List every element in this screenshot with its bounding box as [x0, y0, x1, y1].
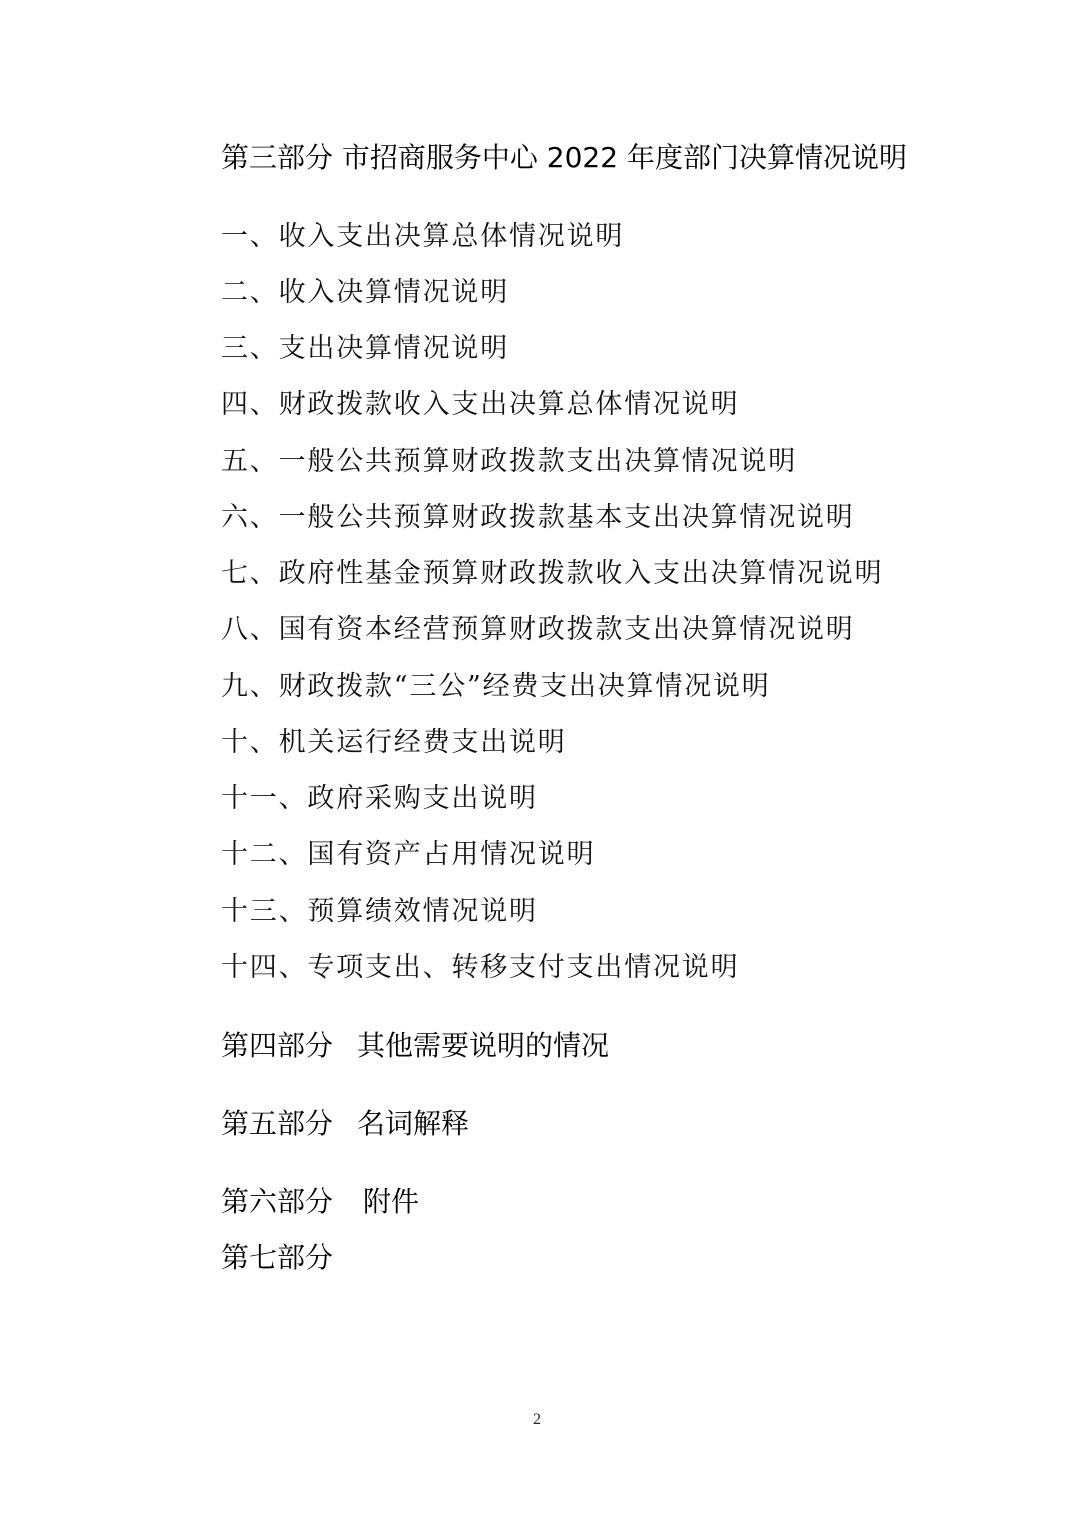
- part-label: 第七部分: [221, 1241, 333, 1274]
- toc-item: 七、政府性基金预算财政拨款收入支出决算情况说明: [221, 554, 883, 594]
- part-label: 第五部分: [221, 1107, 333, 1140]
- part-heading-6: 第六部分附件: [221, 1182, 419, 1222]
- part-heading-7: 第七部分: [221, 1238, 333, 1278]
- toc-item: 十二、国有资产占用情况说明: [221, 835, 595, 875]
- toc-item: 二、收入决算情况说明: [221, 273, 509, 313]
- part-text: 其他需要说明的情况: [357, 1029, 609, 1062]
- toc-item: 十三、预算绩效情况说明: [221, 892, 538, 932]
- toc-item: 十、机关运行经费支出说明: [221, 723, 567, 763]
- toc-item: 六、一般公共预算财政拨款基本支出决算情况说明: [221, 498, 855, 538]
- part-heading-4: 第四部分其他需要说明的情况: [221, 1026, 609, 1066]
- toc-item: 五、一般公共预算财政拨款支出决算情况说明: [221, 442, 797, 482]
- part-label: 第六部分: [221, 1185, 333, 1218]
- toc-item: 十四、专项支出、转移支付支出情况说明: [221, 948, 739, 988]
- part-label: 第四部分: [221, 1029, 333, 1062]
- toc-item: 九、财政拨款“三公”经费支出决算情况说明: [221, 667, 771, 707]
- toc-item: 八、国有资本经营预算财政拨款支出决算情况说明: [221, 610, 855, 650]
- toc-item: 十一、政府采购支出说明: [221, 779, 538, 819]
- section-title: 第三部分 市招商服务中心 2022 年度部门决算情况说明: [221, 138, 907, 178]
- part-text: 附件: [363, 1185, 419, 1218]
- document-page: 第三部分 市招商服务中心 2022 年度部门决算情况说明 一、收入支出决算总体情…: [0, 0, 1074, 1520]
- part-text: 名词解释: [357, 1107, 469, 1140]
- page-number: 2: [0, 1410, 1074, 1430]
- toc-item: 一、收入支出决算总体情况说明: [221, 217, 624, 257]
- toc-item: 四、财政拨款收入支出决算总体情况说明: [221, 385, 739, 425]
- toc-item: 三、支出决算情况说明: [221, 329, 509, 369]
- part-heading-5: 第五部分名词解释: [221, 1104, 469, 1144]
